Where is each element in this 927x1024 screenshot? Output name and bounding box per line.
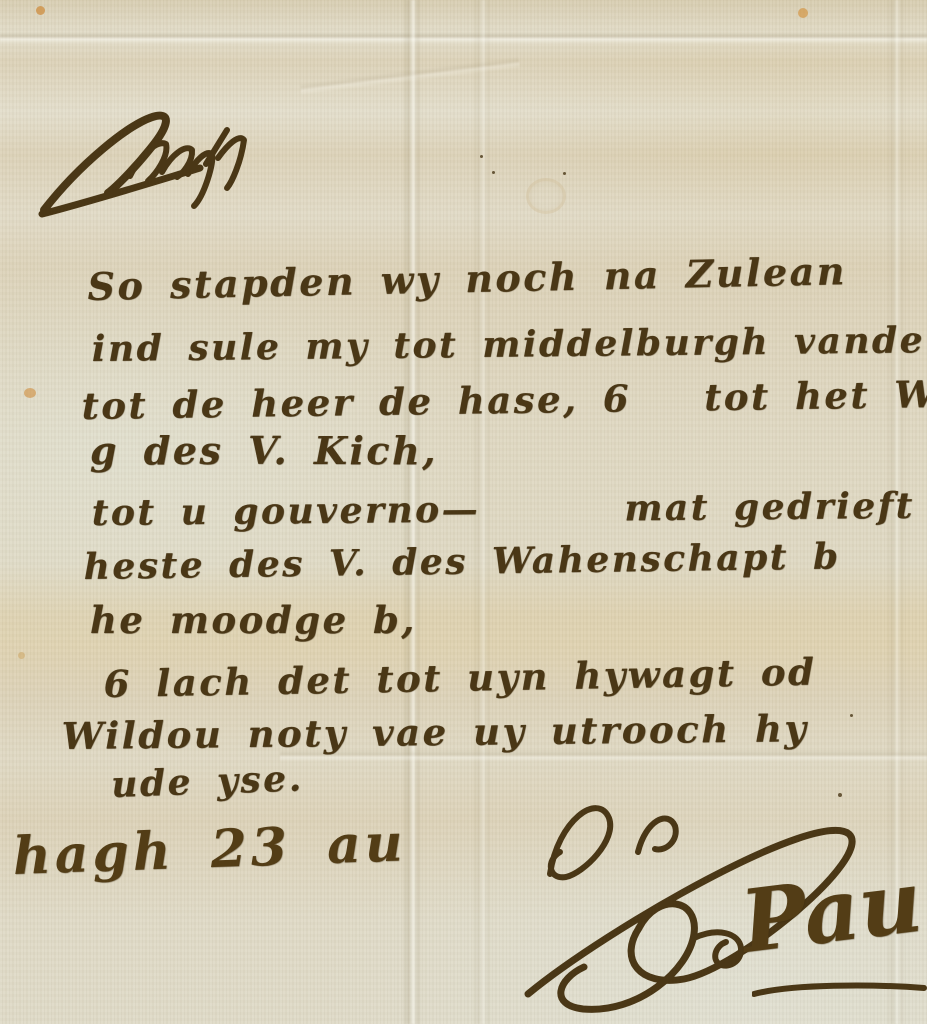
letter-line-7: he moodge b, bbox=[90, 598, 417, 642]
letter-line-9: Wildou noty vae uy utrooch hy bbox=[62, 706, 809, 758]
scanned-letter-page: { "letter": { "colors": { "ink": "#4a371… bbox=[0, 0, 927, 1024]
ink-speck bbox=[563, 172, 566, 175]
ink-speck bbox=[492, 171, 495, 174]
ink-speck bbox=[838, 793, 842, 797]
ink-speck bbox=[480, 155, 483, 158]
letter-line-4: g des V. Kich, bbox=[90, 428, 438, 473]
letter-line-5: tot u gouverno— mat gedrieft bbox=[92, 485, 915, 534]
letter-line-10: ude yse. bbox=[111, 757, 305, 806]
ink-speck bbox=[850, 714, 853, 717]
letter-line-2: ind sule my tot middelburgh vande bbox=[92, 319, 926, 370]
